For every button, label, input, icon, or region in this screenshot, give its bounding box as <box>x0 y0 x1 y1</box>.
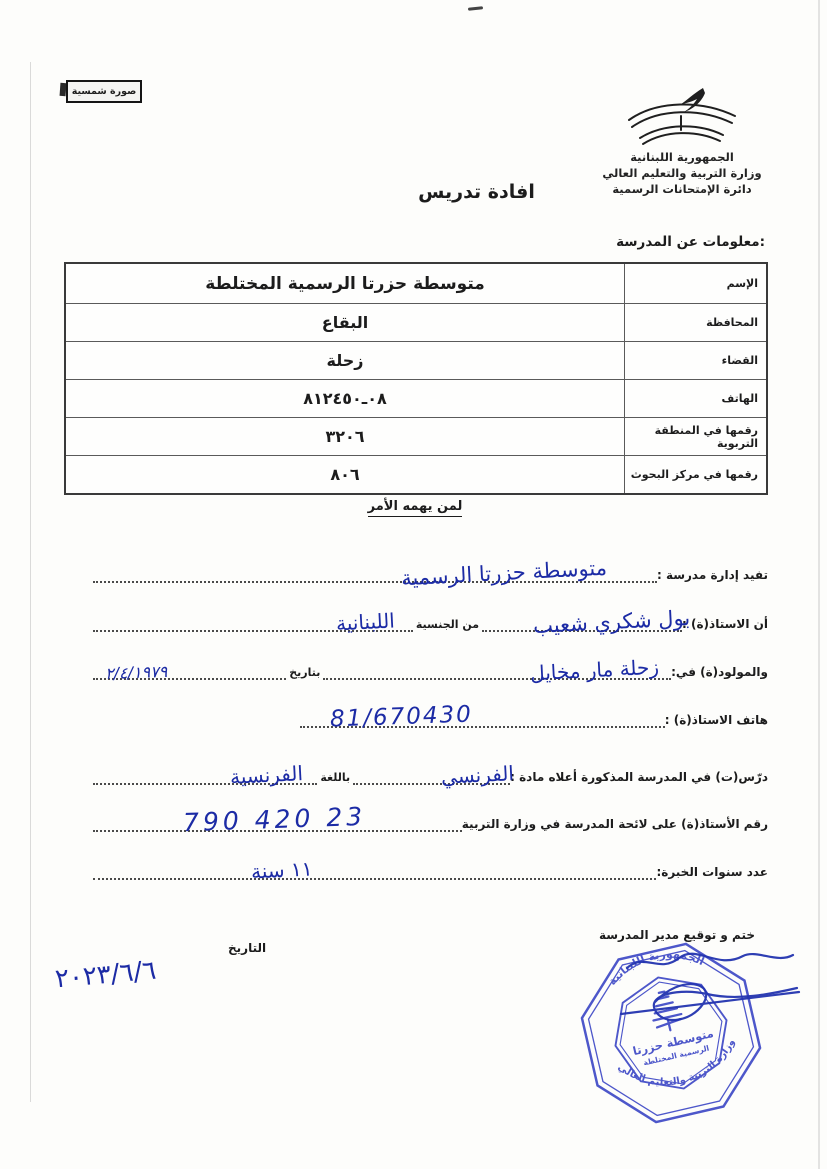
form-row-subject: درّس(ت) في المدرسة المذكورة أعلاه مادة :… <box>93 763 768 785</box>
handwritten-roster-number: 790 420 23 <box>183 802 367 837</box>
dotted-line: ٢/٤/١٩٧٩ <box>93 656 286 680</box>
dotted-line: متوسطة حزرتا الرسمية <box>93 559 657 583</box>
scan-artifact-mark <box>468 6 483 11</box>
phone-field-label: هاتف الاستاذ(ة) : <box>665 713 768 728</box>
header-department-line: دائرة الإمتحانات الرسمية <box>577 182 787 198</box>
scan-artifact-line <box>30 62 31 1102</box>
table-row: القضاء زحلة <box>66 341 766 379</box>
table-row: الإسم متوسطة حزرتا الرسمية المختلطة <box>66 264 766 303</box>
row-value: البقاع <box>66 304 624 341</box>
roster-field-label: رقم الأستاذ(ة) على لائحة المدرسة في وزار… <box>462 817 768 832</box>
handwritten-phone: 81/670430 <box>330 702 474 733</box>
row-value: ٣٢٠٦ <box>66 418 624 455</box>
handwritten-nationality: اللبنانية <box>336 608 396 635</box>
row-label: رقمها في مركز البحوث <box>624 456 766 493</box>
table-row: رقمها في المنطقة التربوية ٣٢٠٦ <box>66 417 766 455</box>
row-value: ٨٠٦ <box>66 456 624 493</box>
date-caption: التاريخ <box>228 941 266 955</box>
dotted-line: ١١ سنة <box>93 856 656 880</box>
form-row-phone: هاتف الاستاذ(ة) : 81/670430 <box>300 706 768 728</box>
teacher-field-label: أن الاستاذ(ة) : <box>682 617 768 632</box>
row-label: رقمها في المنطقة التربوية <box>624 418 766 455</box>
to-whom-it-may-concern: لمن يهمه الأمر <box>330 499 500 514</box>
form-row-teacher: أن الاستاذ(ة) : بول شكري شعيب من الجنسية… <box>93 610 768 632</box>
photo-placeholder-box: صورة شمسية <box>66 80 142 103</box>
handwritten-experience: ١١ سنة <box>250 856 313 883</box>
form-row-roster: رقم الأستاذ(ة) على لائحة المدرسة في وزار… <box>93 810 768 832</box>
form-row-experience: عدد سنوات الخبرة: ١١ سنة <box>93 858 768 880</box>
dotted-line: 790 420 23 <box>93 808 462 832</box>
dotted-line: الفرنسي <box>353 761 510 785</box>
handwritten-date: ٢٠٢٣/٦/٦ <box>54 956 158 995</box>
header-republic-line: الجمهورية اللبنانية <box>577 150 787 166</box>
scan-artifact-line <box>818 0 820 1169</box>
row-value: متوسطة حزرتا الرسمية المختلطة <box>66 264 624 303</box>
row-label: المحافظة <box>624 304 766 341</box>
row-value: ٠٨ـ٨١٢٤٥٠ <box>66 380 624 417</box>
birthdate-field-label: بتاريخ <box>286 666 323 680</box>
principal-signature <box>585 944 805 1059</box>
subject-field-label: درّس(ت) في المدرسة المذكورة أعلاه مادة : <box>510 770 768 785</box>
school-info-table: الإسم متوسطة حزرتا الرسمية المختلطة المح… <box>64 262 768 495</box>
table-row: المحافظة البقاع <box>66 303 766 341</box>
dotted-line: زحلة مار مخايل <box>323 656 671 680</box>
row-label: القضاء <box>624 342 766 379</box>
document-title: افادة تدريس <box>394 181 559 203</box>
ministry-header: الجمهورية اللبنانية وزارة التربية والتعل… <box>577 86 787 198</box>
bird-glyph <box>681 88 705 112</box>
row-value: زحلة <box>66 342 624 379</box>
school-info-heading: معلومات عن المدرسة: <box>616 234 765 250</box>
school-field-label: تفيد إدارة مدرسة : <box>657 568 768 583</box>
nationality-field-label: من الجنسية <box>413 618 482 632</box>
photo-box-label: صورة شمسية <box>72 86 137 97</box>
handwritten-birthplace: زحلة مار مخايل <box>530 655 660 686</box>
header-ministry-line: وزارة التربية والتعليم العالي <box>577 166 787 182</box>
table-row: الهاتف ٠٨ـ٨١٢٤٥٠ <box>66 379 766 417</box>
dotted-line: بول شكري شعيب <box>482 608 682 632</box>
row-label: الهاتف <box>624 380 766 417</box>
dotted-line: الفرنسية <box>93 761 317 785</box>
dotted-line: اللبنانية <box>93 608 413 632</box>
form-row-birth: والمولود(ة) في: زحلة مار مخايل بتاريخ ٢/… <box>93 658 768 680</box>
handwritten-school-name: متوسطة حزرتا الرسمية <box>400 556 607 591</box>
scanned-document-page: صورة شمسية الجمهورية اللبنانية وزارة الت… <box>0 0 827 1169</box>
form-row-school: تفيد إدارة مدرسة : متوسطة حزرتا الرسمية <box>93 561 768 583</box>
table-row: رقمها في مركز البحوث ٨٠٦ <box>66 455 766 493</box>
dotted-line: 81/670430 <box>300 704 665 728</box>
row-label: الإسم <box>624 264 766 303</box>
open-book-bird-icon <box>607 86 757 148</box>
birthplace-field-label: والمولود(ة) في: <box>671 665 768 680</box>
handwritten-subject: الفرنسي <box>441 761 515 789</box>
experience-field-label: عدد سنوات الخبرة: <box>656 865 768 880</box>
handwritten-teacher-name: بول شكري شعيب <box>532 606 690 638</box>
handwritten-birthdate: ٢/٤/١٩٧٩ <box>105 662 168 683</box>
language-field-label: باللغة <box>317 771 353 785</box>
handwritten-language: الفرنسية <box>230 761 304 789</box>
